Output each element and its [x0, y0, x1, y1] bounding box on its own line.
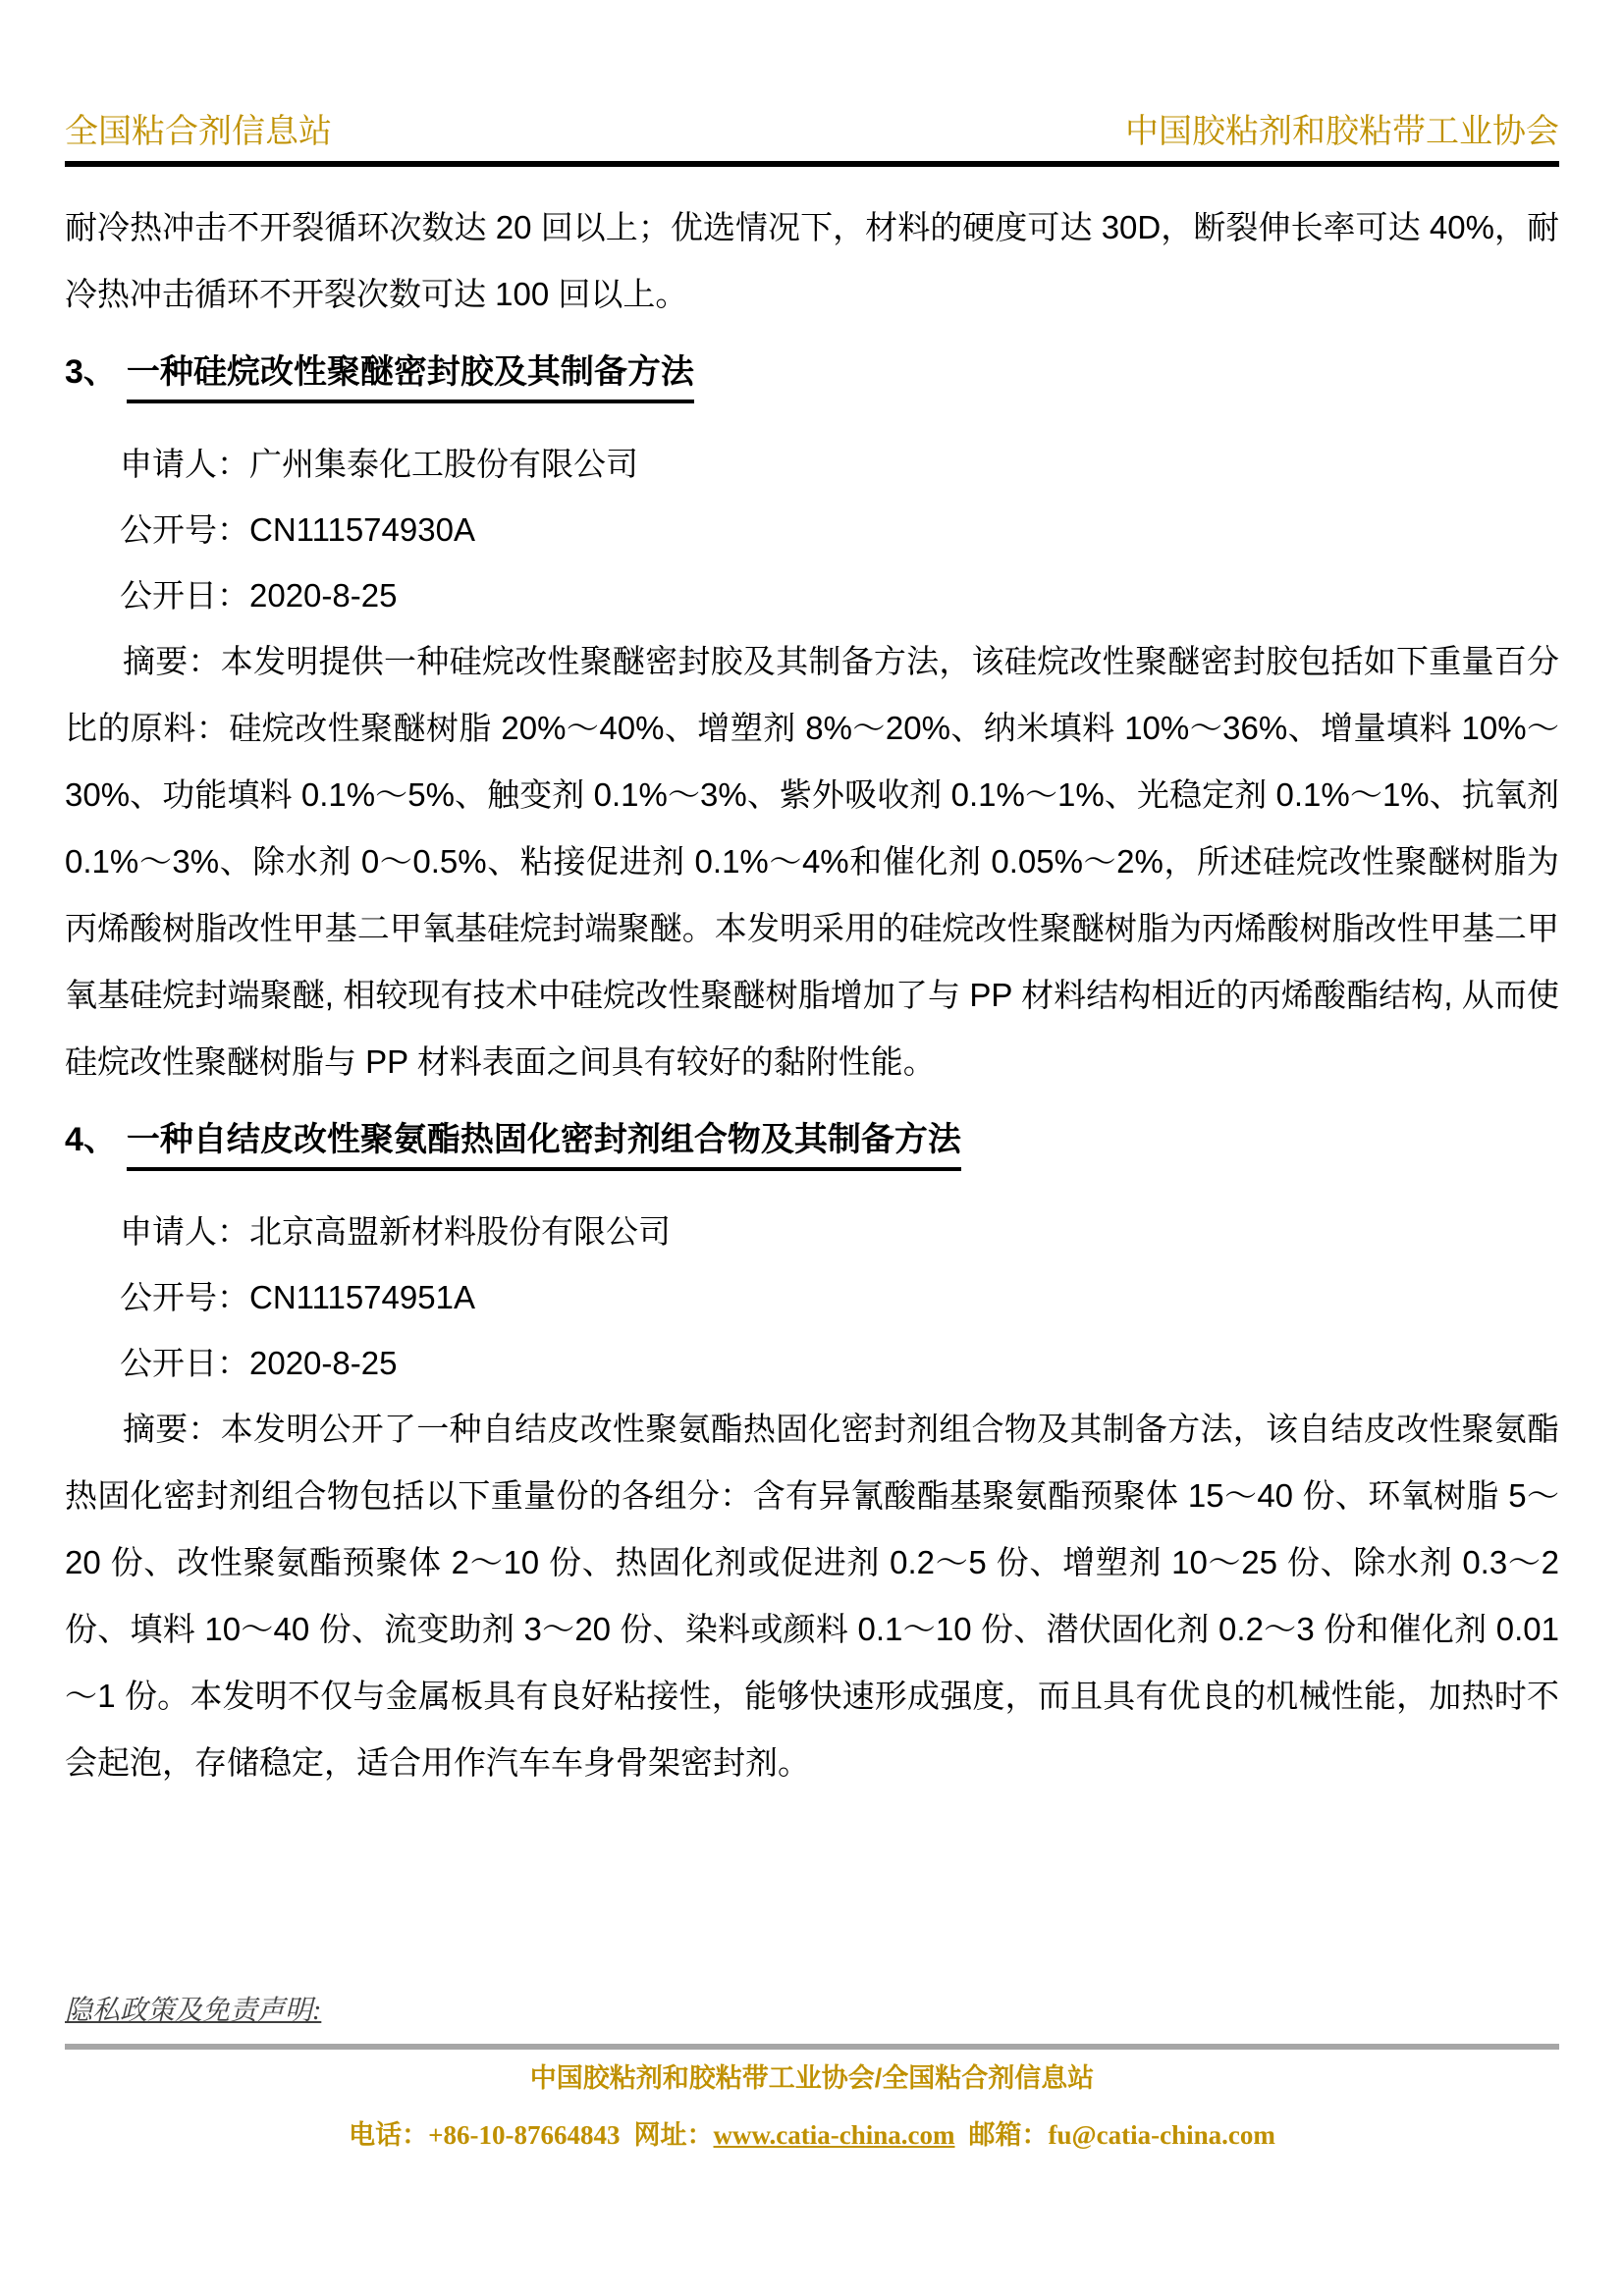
phone-label: 电话：: [349, 2120, 428, 2150]
publication-no-label: 公开号：: [120, 511, 249, 548]
patent-4-heading: 4、一种自结皮改性聚氨酯热固化密封剂组合物及其制备方法: [65, 1117, 1559, 1171]
patent-3-number: 3、: [65, 353, 117, 391]
publication-no-label: 公开号：: [120, 1279, 249, 1315]
footer-contact: 电话：+86-10-87664843网址：www.catia-china.com…: [65, 2118, 1559, 2152]
association-name: 中国胶粘剂和胶粘带工业协会: [1125, 110, 1559, 155]
phone-number: +86-10-87664843: [428, 2120, 620, 2150]
privacy-policy-link[interactable]: 隐私政策及免责声明:: [65, 1996, 321, 2026]
patent-4-abstract: 摘要：本发明公开了一种自结皮改性聚氨酯热固化密封剂组合物及其制备方法，该自结皮改…: [65, 1396, 1559, 1796]
applicant-value: 广州集泰化工股份有限公司: [249, 446, 638, 482]
site-name: 全国粘合剂信息站: [65, 110, 332, 155]
patent-4-applicant-row: 申请人：北京高盟新材料股份有限公司: [65, 1199, 1559, 1264]
website-label: 网址：: [634, 2120, 714, 2150]
publication-date-label: 公开日：: [120, 577, 249, 614]
document-header: 全国粘合剂信息站 中国胶粘剂和胶粘带工业协会: [65, 0, 1559, 167]
patent-entry-3: 3、一种硅烷改性聚醚密封胶及其制备方法 申请人：广州集泰化工股份有限公司 公开号…: [65, 349, 1559, 1095]
patent-3-publication-date-row: 公开日：2020-8-25: [65, 562, 1559, 628]
applicant-value: 北京高盟新材料股份有限公司: [249, 1213, 671, 1250]
patent-3-abstract: 摘要：本发明提供一种硅烷改性聚醚密封胶及其制备方法，该硅烷改性聚醚密封胶包括如下…: [65, 628, 1559, 1095]
publication-date-value: 2020-8-25: [249, 1345, 397, 1381]
publication-date-value: 2020-8-25: [249, 577, 397, 614]
email-label: 邮箱：: [969, 2120, 1049, 2150]
applicant-label: 申请人：: [120, 1213, 249, 1250]
patent-3-title: 一种硅烷改性聚醚密封胶及其制备方法: [127, 349, 694, 403]
patent-4-publication-date-row: 公开日：2020-8-25: [65, 1330, 1559, 1396]
document-footer: 隐私政策及免责声明: 中国胶粘剂和胶粘带工业协会/全国粘合剂信息站 电话：+86…: [65, 1989, 1559, 2152]
footer-divider: [65, 2044, 1559, 2050]
patent-3-applicant-row: 申请人：广州集泰化工股份有限公司: [65, 431, 1559, 497]
patent-4-title: 一种自结皮改性聚氨酯热固化密封剂组合物及其制备方法: [127, 1117, 961, 1171]
patent-3-heading: 3、一种硅烷改性聚醚密封胶及其制备方法: [65, 349, 1559, 403]
patent-4-number: 4、: [65, 1121, 117, 1158]
footer-organization: 中国胶粘剂和胶粘带工业协会/全国粘合剂信息站: [65, 2061, 1559, 2095]
email-address: fu@catia-china.com: [1049, 2120, 1275, 2150]
patent-3-publication-no-row: 公开号：CN111574930A: [65, 497, 1559, 562]
applicant-label: 申请人：: [120, 446, 249, 482]
publication-no-value: CN111574951A: [249, 1279, 475, 1315]
intro-paragraph: 耐冷热冲击不开裂循环次数达 20 回以上；优选情况下，材料的硬度可达 30D，断…: [65, 194, 1559, 328]
patent-entry-4: 4、一种自结皮改性聚氨酯热固化密封剂组合物及其制备方法 申请人：北京高盟新材料股…: [65, 1117, 1559, 1796]
document-body: 耐冷热冲击不开裂循环次数达 20 回以上；优选情况下，材料的硬度可达 30D，断…: [65, 194, 1559, 1796]
page: 全国粘合剂信息站 中国胶粘剂和胶粘带工业协会 耐冷热冲击不开裂循环次数达 20 …: [0, 0, 1624, 2296]
patent-4-publication-no-row: 公开号：CN111574951A: [65, 1264, 1559, 1330]
publication-no-value: CN111574930A: [249, 511, 475, 548]
website-link[interactable]: www.catia-china.com: [714, 2120, 955, 2150]
publication-date-label: 公开日：: [120, 1345, 249, 1381]
